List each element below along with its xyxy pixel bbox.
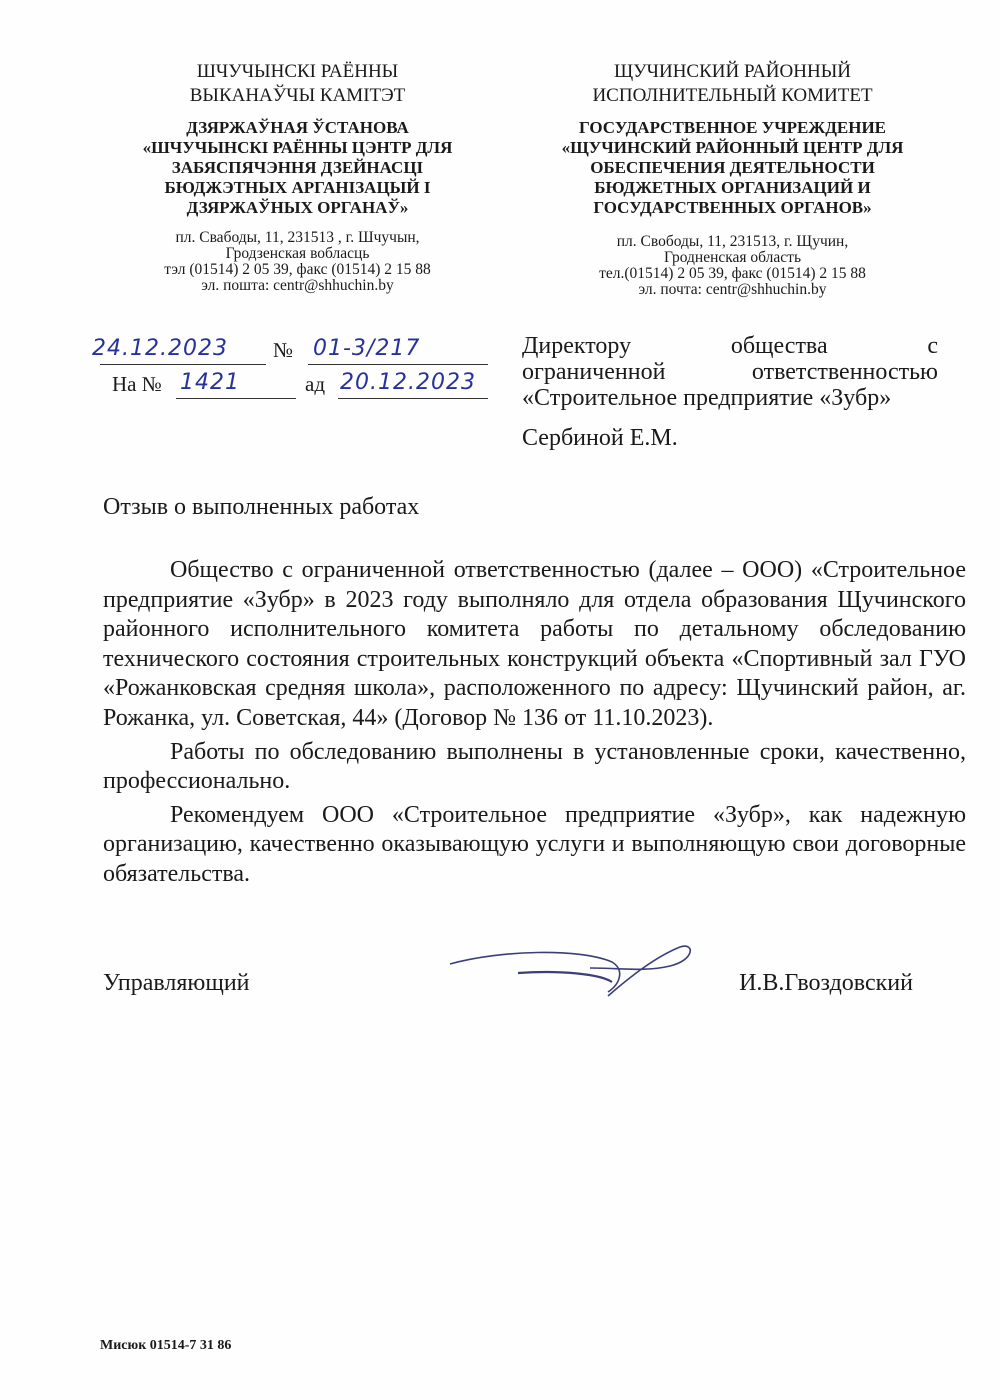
letter-body: Общество с ограниченной ответственностью…: [103, 556, 966, 890]
body-paragraph: Рекомендуем ООО «Строительное предприяти…: [103, 801, 966, 890]
parent-org-ru: ЩУЧИНСКИЙ РАЙОННЫЙ ИСПОЛНИТЕЛЬНЫЙ КОМИТЕ…: [520, 60, 945, 108]
org-name-line: «ЩУЧИНСКИЙ РАЙОННЫЙ ЦЕНТР ДЛЯ: [520, 138, 945, 158]
parent-org-line: ЩУЧИНСКИЙ РАЙОННЫЙ: [520, 60, 945, 84]
org-name-line: ДЗЯРЖАЎНЫХ ОРГАНАЎ»: [100, 198, 495, 218]
phone-fax-line: тел.(01514) 2 05 39, факс (01514) 2 15 8…: [520, 266, 945, 282]
ref-date: 20.12.2023: [340, 370, 476, 395]
ref-date-underline: [338, 398, 488, 399]
number-label: №: [273, 338, 293, 363]
org-address-ru: пл. Свободы, 11, 231513, г. Щучин, Гродн…: [520, 234, 945, 298]
ref-date-label: ад: [305, 372, 325, 397]
signatory-name: И.В.Гвоздовский: [739, 970, 913, 997]
org-name-line: ГОСУДАРСТВЕННОЕ УЧРЕЖДЕНИЕ: [520, 118, 945, 138]
org-name-line: ЗАБЯСПЯЧЭННЯ ДЗЕЙНАСЦІ: [100, 158, 495, 178]
org-address-by: пл. Свабоды, 11, 231513 , г. Шчучын, Гро…: [100, 230, 495, 294]
org-name-by: ДЗЯРЖАЎНАЯ ЎСТАНОВА «ШЧУЧЫНСКІ РАЁННЫ ЦЭ…: [100, 118, 495, 218]
address-line: Гродзенская вобласць: [100, 246, 495, 262]
org-name-ru: ГОСУДАРСТВЕННОЕ УЧРЕЖДЕНИЕ «ЩУЧИНСКИЙ РА…: [520, 118, 945, 218]
letter-page: ШЧУЧЫНСКІ РАЁННЫ ВЫКАНАЎЧЫ КАМІТЭТ ДЗЯРЖ…: [0, 0, 1000, 1400]
addressee-recipient: Сербиной Е.М.: [522, 425, 938, 451]
org-name-line: ГОСУДАРСТВЕННЫХ ОРГАНОВ»: [520, 198, 945, 218]
outgoing-date: 24.12.2023: [92, 336, 228, 361]
addressee-word: общества: [731, 333, 828, 359]
addressee-company: «Строительное предприятие «Зубр»: [522, 385, 938, 411]
ref-number-underline: [176, 398, 296, 399]
addressee-word: с: [927, 333, 938, 359]
email-line: эл. почта: centr@shhuchin.by: [520, 282, 945, 298]
parent-org-line: ШЧУЧЫНСКІ РАЁННЫ: [100, 60, 495, 84]
header-right-russian: ЩУЧИНСКИЙ РАЙОННЫЙ ИСПОЛНИТЕЛЬНЫЙ КОМИТЕ…: [520, 60, 945, 298]
org-name-line: «ШЧУЧЫНСКІ РАЁННЫ ЦЭНТР ДЛЯ: [100, 138, 495, 158]
phone-fax-line: тэл (01514) 2 05 39, факс (01514) 2 15 8…: [100, 262, 495, 278]
body-paragraph: Работы по обследованию выполнены в устан…: [103, 738, 966, 797]
date-underline: [100, 364, 266, 365]
org-name-line: ДЗЯРЖАЎНАЯ ЎСТАНОВА: [100, 118, 495, 138]
outgoing-number: 01-3/217: [313, 336, 420, 361]
email-line: эл. пошта: centr@shhuchin.by: [100, 278, 495, 294]
parent-org-line: ИСПОЛНИТЕЛЬНЫЙ КОМИТЕТ: [520, 84, 945, 108]
ref-number: 1421: [180, 370, 240, 395]
org-name-line: БЮДЖЕТНЫХ ОРГАНИЗАЦИЙ И: [520, 178, 945, 198]
parent-org-by: ШЧУЧЫНСКІ РАЁННЫ ВЫКАНАЎЧЫ КАМІТЭТ: [100, 60, 495, 108]
handwritten-signature-icon: [440, 932, 700, 1007]
body-paragraph: Общество с ограниченной ответственностью…: [103, 556, 966, 734]
address-line: Гродненская область: [520, 250, 945, 266]
ref-number-label: На №: [112, 372, 162, 397]
org-name-line: ОБЕСПЕЧЕНИЯ ДЕЯТЕЛЬНОСТИ: [520, 158, 945, 178]
addressee-block: Директору общества с ограниченной ответс…: [522, 333, 938, 451]
addressee-word: ответственностью: [752, 359, 938, 385]
executor-contact: Мисюк 01514-7 31 86: [100, 1338, 231, 1354]
addressee-line-2: ограниченной ответственностью: [522, 359, 938, 385]
org-name-line: БЮДЖЭТНЫХ АРГАНІЗАЦЫЙ І: [100, 178, 495, 198]
number-underline: [308, 364, 488, 365]
addressee-word: Директору: [522, 333, 631, 359]
address-line: пл. Свободы, 11, 231513, г. Щучин,: [520, 234, 945, 250]
addressee-word: ограниченной: [522, 359, 665, 385]
letter-subject: Отзыв о выполненных работах: [103, 494, 419, 521]
address-line: пл. Свабоды, 11, 231513 , г. Шчучын,: [100, 230, 495, 246]
signatory-title: Управляющий: [103, 970, 250, 997]
addressee-line-1: Директору общества с: [522, 333, 938, 359]
header-left-belarusian: ШЧУЧЫНСКІ РАЁННЫ ВЫКАНАЎЧЫ КАМІТЭТ ДЗЯРЖ…: [100, 60, 495, 294]
parent-org-line: ВЫКАНАЎЧЫ КАМІТЭТ: [100, 84, 495, 108]
